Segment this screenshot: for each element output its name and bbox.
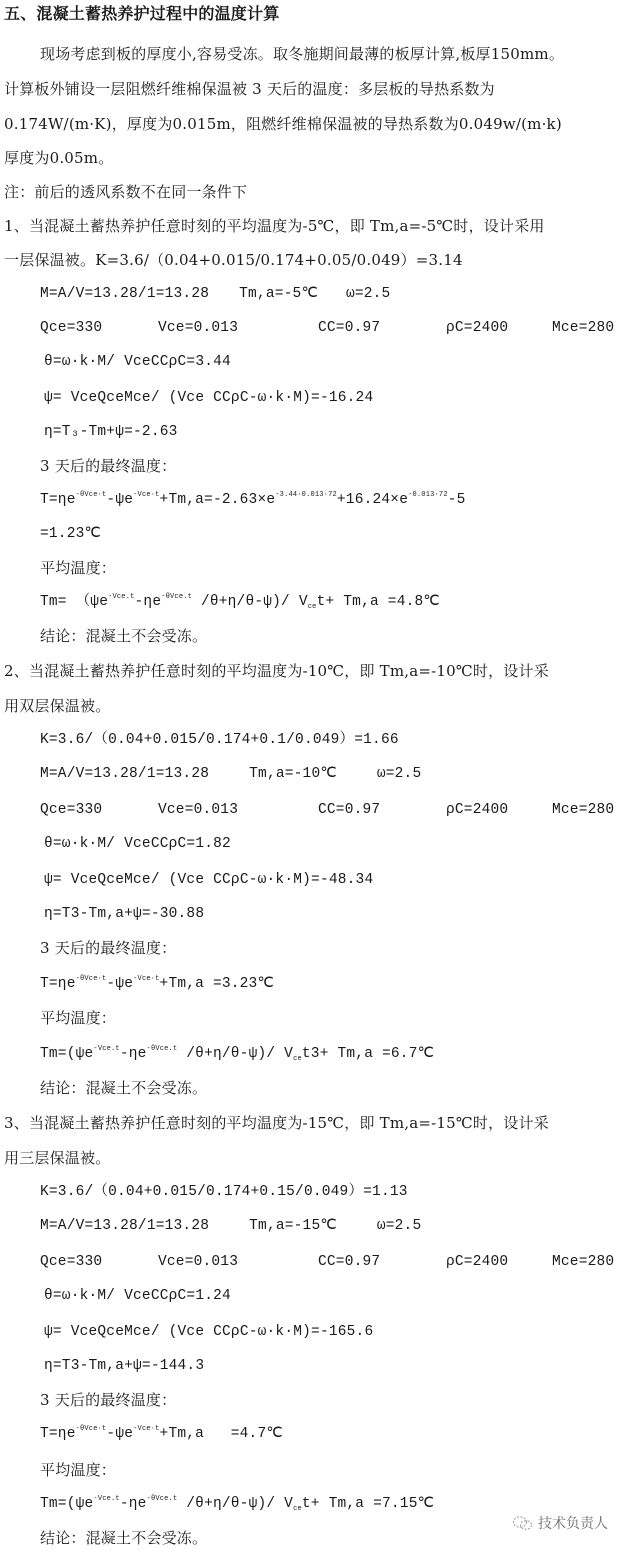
- section-title: 五、混凝土蓄热养护过程中的温度计算: [4, 4, 279, 24]
- watermark-text: 技术负责人: [538, 1513, 608, 1533]
- case2-theta: θ=ω·k·M/ VceCCρC=1.82: [44, 834, 231, 854]
- case3-conclusion: 结论：混凝土不会受冻。: [40, 1528, 207, 1548]
- case1-eta: η=T₃-Tm+ψ=-2.63: [44, 422, 178, 442]
- case1-theta: θ=ω·k·M/ VceCCρC=3.44: [44, 352, 231, 372]
- case3-psi: ψ= VceQceMce/ (Vce CCρC-ω·k·M)=-165.6: [44, 1322, 373, 1342]
- qce-value: Qce=330: [40, 318, 158, 338]
- intro-line-4: 厚度为0.05m。: [4, 148, 113, 168]
- case2-avg-label: 平均温度：: [40, 1008, 116, 1028]
- case1-params-row-2: Qce=330Vce=0.013CC=0.97ρC=2400Mce=280: [40, 318, 614, 338]
- m-equation: M=A/V=13.28/1=13.28: [40, 1218, 209, 1234]
- case1-conclusion: 结论：混凝土不会受冻。: [40, 626, 207, 646]
- rhoc-value: ρC=2400: [446, 318, 552, 338]
- case3-avg-label: 平均温度：: [40, 1460, 116, 1480]
- case3-heading-2: 用三层保温被。: [4, 1148, 110, 1168]
- case2-psi: ψ= VceQceMce/ (Vce CCρC-ω·k·M)=-48.34: [44, 870, 373, 890]
- watermark: 技术负责人: [512, 1513, 608, 1533]
- tma-value: Tm,a=-10℃: [249, 766, 337, 782]
- m-equation: M=A/V=13.28/1=13.28: [40, 766, 209, 782]
- wechat-icon: [512, 1515, 534, 1531]
- intro-line-3: 0.174W/(m·K)，厚度为0.015m，阻燃纤维棉保温被的导热系数为0.0…: [4, 114, 562, 134]
- case1-params-row-1: M=A/V=13.28/1=13.28Tm,a=-5℃ω=2.5: [40, 284, 390, 304]
- cc-value: CC=0.97: [318, 318, 446, 338]
- vce-value: Vce=0.013: [158, 1252, 318, 1272]
- case1-final-label: 3 天后的最终温度：: [40, 456, 176, 476]
- case2-params-row-2: Qce=330Vce=0.013CC=0.97ρC=2400Mce=280: [40, 800, 614, 820]
- case3-theta: θ=ω·k·M/ VceCCρC=1.24: [44, 1286, 231, 1306]
- case2-final-label: 3 天后的最终温度：: [40, 938, 176, 958]
- case2-final-formula: T=ηe-θVce·t-ψe-Vce·t+Tm,a =3.23℃: [40, 974, 274, 994]
- case3-heading-1: 3、当混凝土蓄热养护任意时刻的平均温度为-15℃，即 Tm,a=-15℃时，设计…: [4, 1113, 549, 1133]
- case1-avg-formula: Tm= （ψe-Vce.t-ηe-θVce.t /θ+η/θ-ψ)/ Vcet+…: [40, 592, 440, 612]
- omega-value: ω=2.5: [377, 766, 422, 782]
- qce-value: Qce=330: [40, 800, 158, 820]
- case3-avg-formula: Tm=(ψe-Vce.t-ηe-θVce.t /θ+η/θ-ψ)/ Vcet+ …: [40, 1494, 434, 1514]
- omega-value: ω=2.5: [346, 286, 391, 302]
- vce-value: Vce=0.013: [158, 800, 318, 820]
- case2-avg-formula: Tm=(ψe-Vce.t-ηe-θVce.t /θ+η/θ-ψ)/ Vcet3+…: [40, 1044, 434, 1064]
- mce-value: Mce=280: [552, 320, 614, 336]
- case2-conclusion: 结论：混凝土不会受冻。: [40, 1078, 207, 1098]
- m-equation: M=A/V=13.28/1=13.28: [40, 286, 209, 302]
- case2-eta: η=T3-Tm,a+ψ=-30.88: [44, 904, 204, 924]
- mce-value: Mce=280: [552, 802, 614, 818]
- cc-value: CC=0.97: [318, 800, 446, 820]
- mce-value: Mce=280: [552, 1254, 614, 1270]
- case2-heading-2: 用双层保温被。: [4, 696, 110, 716]
- case1-heading-1: 1、当混凝土蓄热养护任意时刻的平均温度为-5℃，即 Tm,a=-5℃时，设计采用: [4, 216, 545, 236]
- case2-params-row-1: M=A/V=13.28/1=13.28Tm,a=-10℃ω=2.5: [40, 764, 421, 784]
- tma-value: Tm,a=-5℃: [239, 286, 318, 302]
- case3-params-row-2: Qce=330Vce=0.013CC=0.97ρC=2400Mce=280: [40, 1252, 614, 1272]
- intro-line-1: 现场考虑到板的厚度小,容易受冻。取冬施期间最薄的板厚计算,板厚150mm。: [40, 44, 564, 64]
- rhoc-value: ρC=2400: [446, 1252, 552, 1272]
- vce-value: Vce=0.013: [158, 318, 318, 338]
- intro-line-2: 计算板外铺设一层阻燃纤维棉保温被 3 天后的温度：多层板的导热系数为: [4, 79, 495, 99]
- case2-k-equation: K=3.6/（0.04+0.015/0.174+0.1/0.049）=1.66: [40, 730, 399, 750]
- case3-final-label: 3 天后的最终温度：: [40, 1390, 176, 1410]
- case1-final-formula: T=ηe-θVce·t-ψe-Vce·t+Tm,a=-2.63×e-3.44·0…: [40, 490, 466, 510]
- case1-psi: ψ= VceQceMce/ (Vce CCρC-ω·k·M)=-16.24: [44, 388, 373, 408]
- cc-value: CC=0.97: [318, 1252, 446, 1272]
- case1-final-result: =1.23℃: [40, 524, 101, 544]
- case3-final-formula: T=ηe-θVce·t-ψe-Vce·t+Tm,a =4.7℃: [40, 1424, 283, 1444]
- omega-value: ω=2.5: [377, 1218, 422, 1234]
- case3-eta: η=T3-Tm,a+ψ=-144.3: [44, 1356, 204, 1376]
- case2-heading-1: 2、当混凝土蓄热养护任意时刻的平均温度为-10℃，即 Tm,a=-10℃时，设计…: [4, 661, 549, 681]
- note: 注：前后的透风系数不在同一条件下: [4, 182, 247, 202]
- case3-params-row-1: M=A/V=13.28/1=13.28Tm,a=-15℃ω=2.5: [40, 1216, 421, 1236]
- qce-value: Qce=330: [40, 1252, 158, 1272]
- case1-heading-2: 一层保温被。K=3.6/（0.04+0.015/0.174+0.05/0.049…: [4, 250, 463, 270]
- tma-value: Tm,a=-15℃: [249, 1218, 337, 1234]
- case3-k-equation: K=3.6/（0.04+0.015/0.174+0.15/0.049）=1.13: [40, 1182, 408, 1202]
- rhoc-value: ρC=2400: [446, 800, 552, 820]
- case1-avg-label: 平均温度：: [40, 558, 116, 578]
